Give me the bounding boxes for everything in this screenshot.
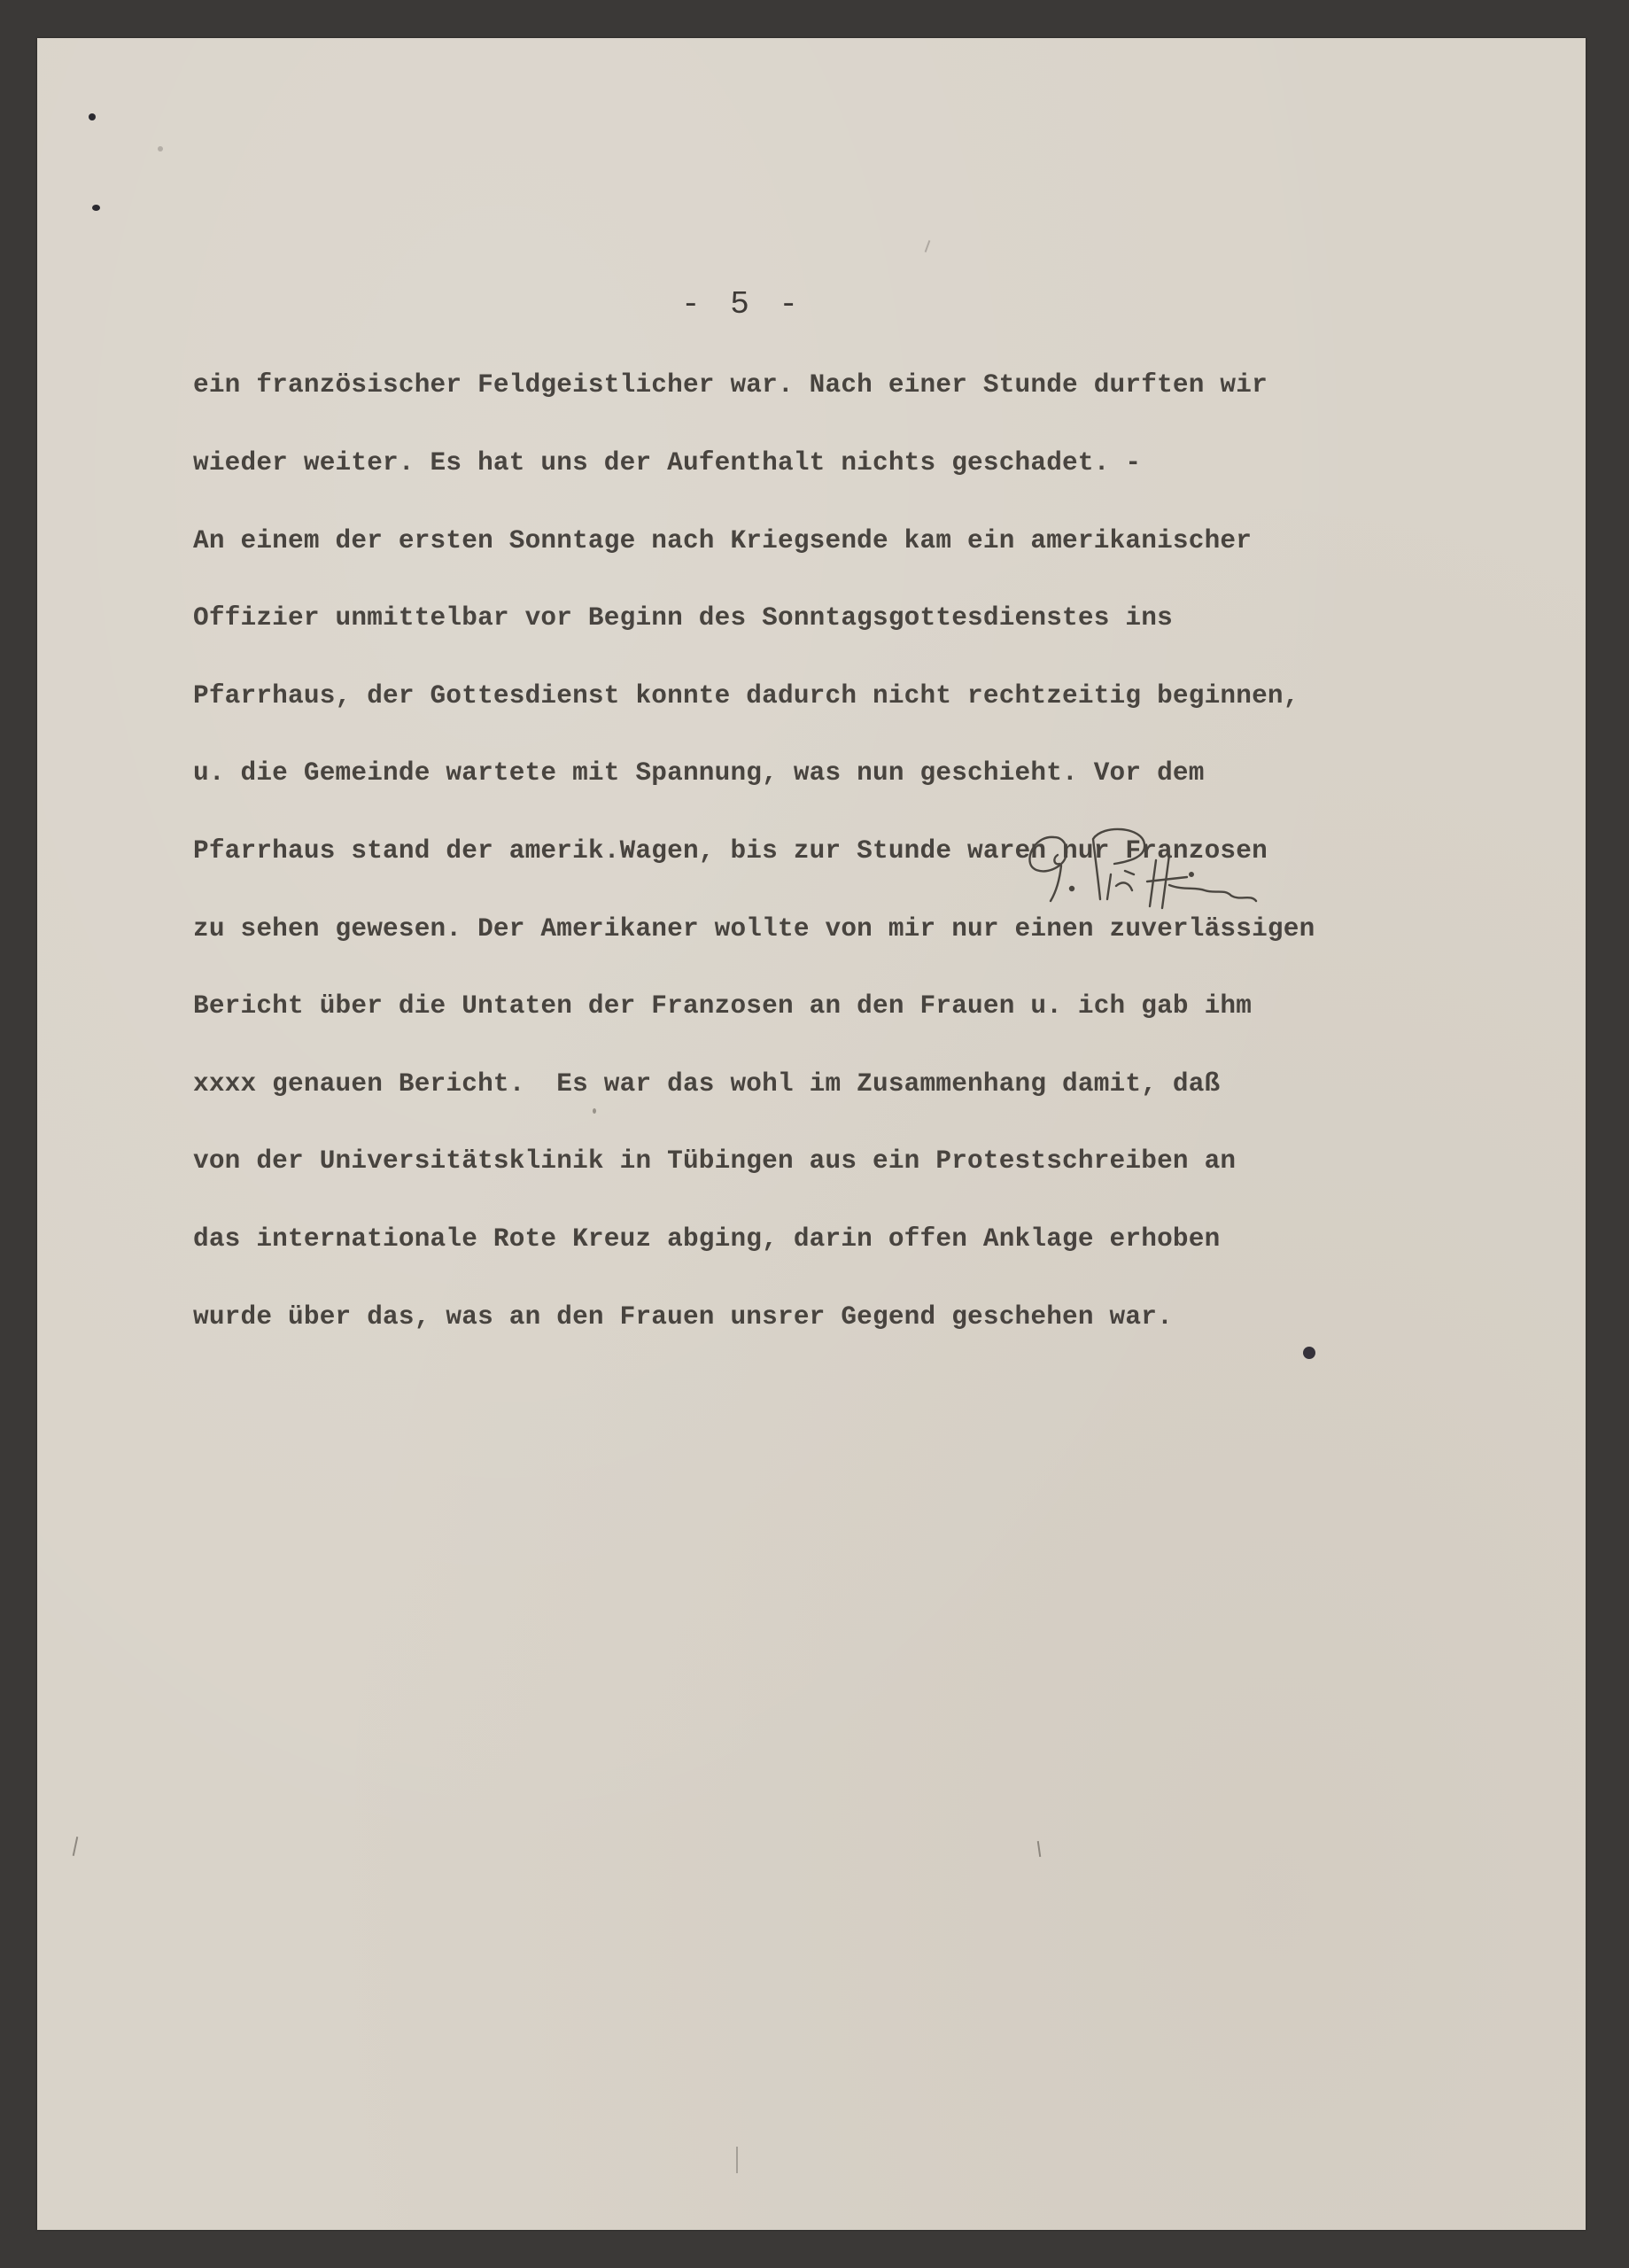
punch-hole-bottom bbox=[92, 205, 100, 211]
text-line: xxxx genauen Bericht. Es war das wohl im… bbox=[193, 1071, 1575, 1097]
text-line: ein französischer Feldgeistlicher war. N… bbox=[193, 372, 1575, 398]
text-line: Pfarrhaus stand der amerik.Wagen, bis zu… bbox=[193, 838, 1575, 864]
text-line: wurde über das, was an den Frauen unsrer… bbox=[193, 1304, 1575, 1330]
pencil-mark-top bbox=[925, 240, 931, 252]
text-line: Pfarrhaus, der Gottesdienst konnte dadur… bbox=[193, 683, 1575, 709]
handwritten-signature bbox=[1019, 819, 1284, 917]
document-page: - 5 - ein französischer Feldgeistlicher … bbox=[37, 38, 1586, 2230]
text-line: zu sehen gewesen. Der Amerikaner wollte … bbox=[193, 916, 1575, 942]
text-line: Bericht über die Untaten der Franzosen a… bbox=[193, 993, 1575, 1019]
page-number: - 5 - bbox=[663, 286, 822, 322]
text-line: wieder weiter. Es hat uns der Aufenthalt… bbox=[193, 450, 1575, 476]
text-line: An einem der ersten Sonntage nach Kriegs… bbox=[193, 528, 1575, 554]
pencil-mark-right bbox=[1037, 1841, 1041, 1857]
text-line: u. die Gemeinde wartete mit Spannung, wa… bbox=[193, 760, 1575, 786]
text-line: von der Universitätsklinik in Tübingen a… bbox=[193, 1148, 1575, 1174]
pencil-mark-left bbox=[73, 1837, 79, 1856]
paper-speck bbox=[158, 146, 163, 151]
text-line: das internationale Rote Kreuz abging, da… bbox=[193, 1226, 1575, 1252]
pencil-mark-bottom bbox=[736, 2147, 738, 2173]
text-line: Offizier unmittelbar vor Beginn des Sonn… bbox=[193, 605, 1575, 631]
punch-hole-top bbox=[89, 113, 96, 120]
typewritten-body: ein französischer Feldgeistlicher war. N… bbox=[193, 321, 1575, 1381]
